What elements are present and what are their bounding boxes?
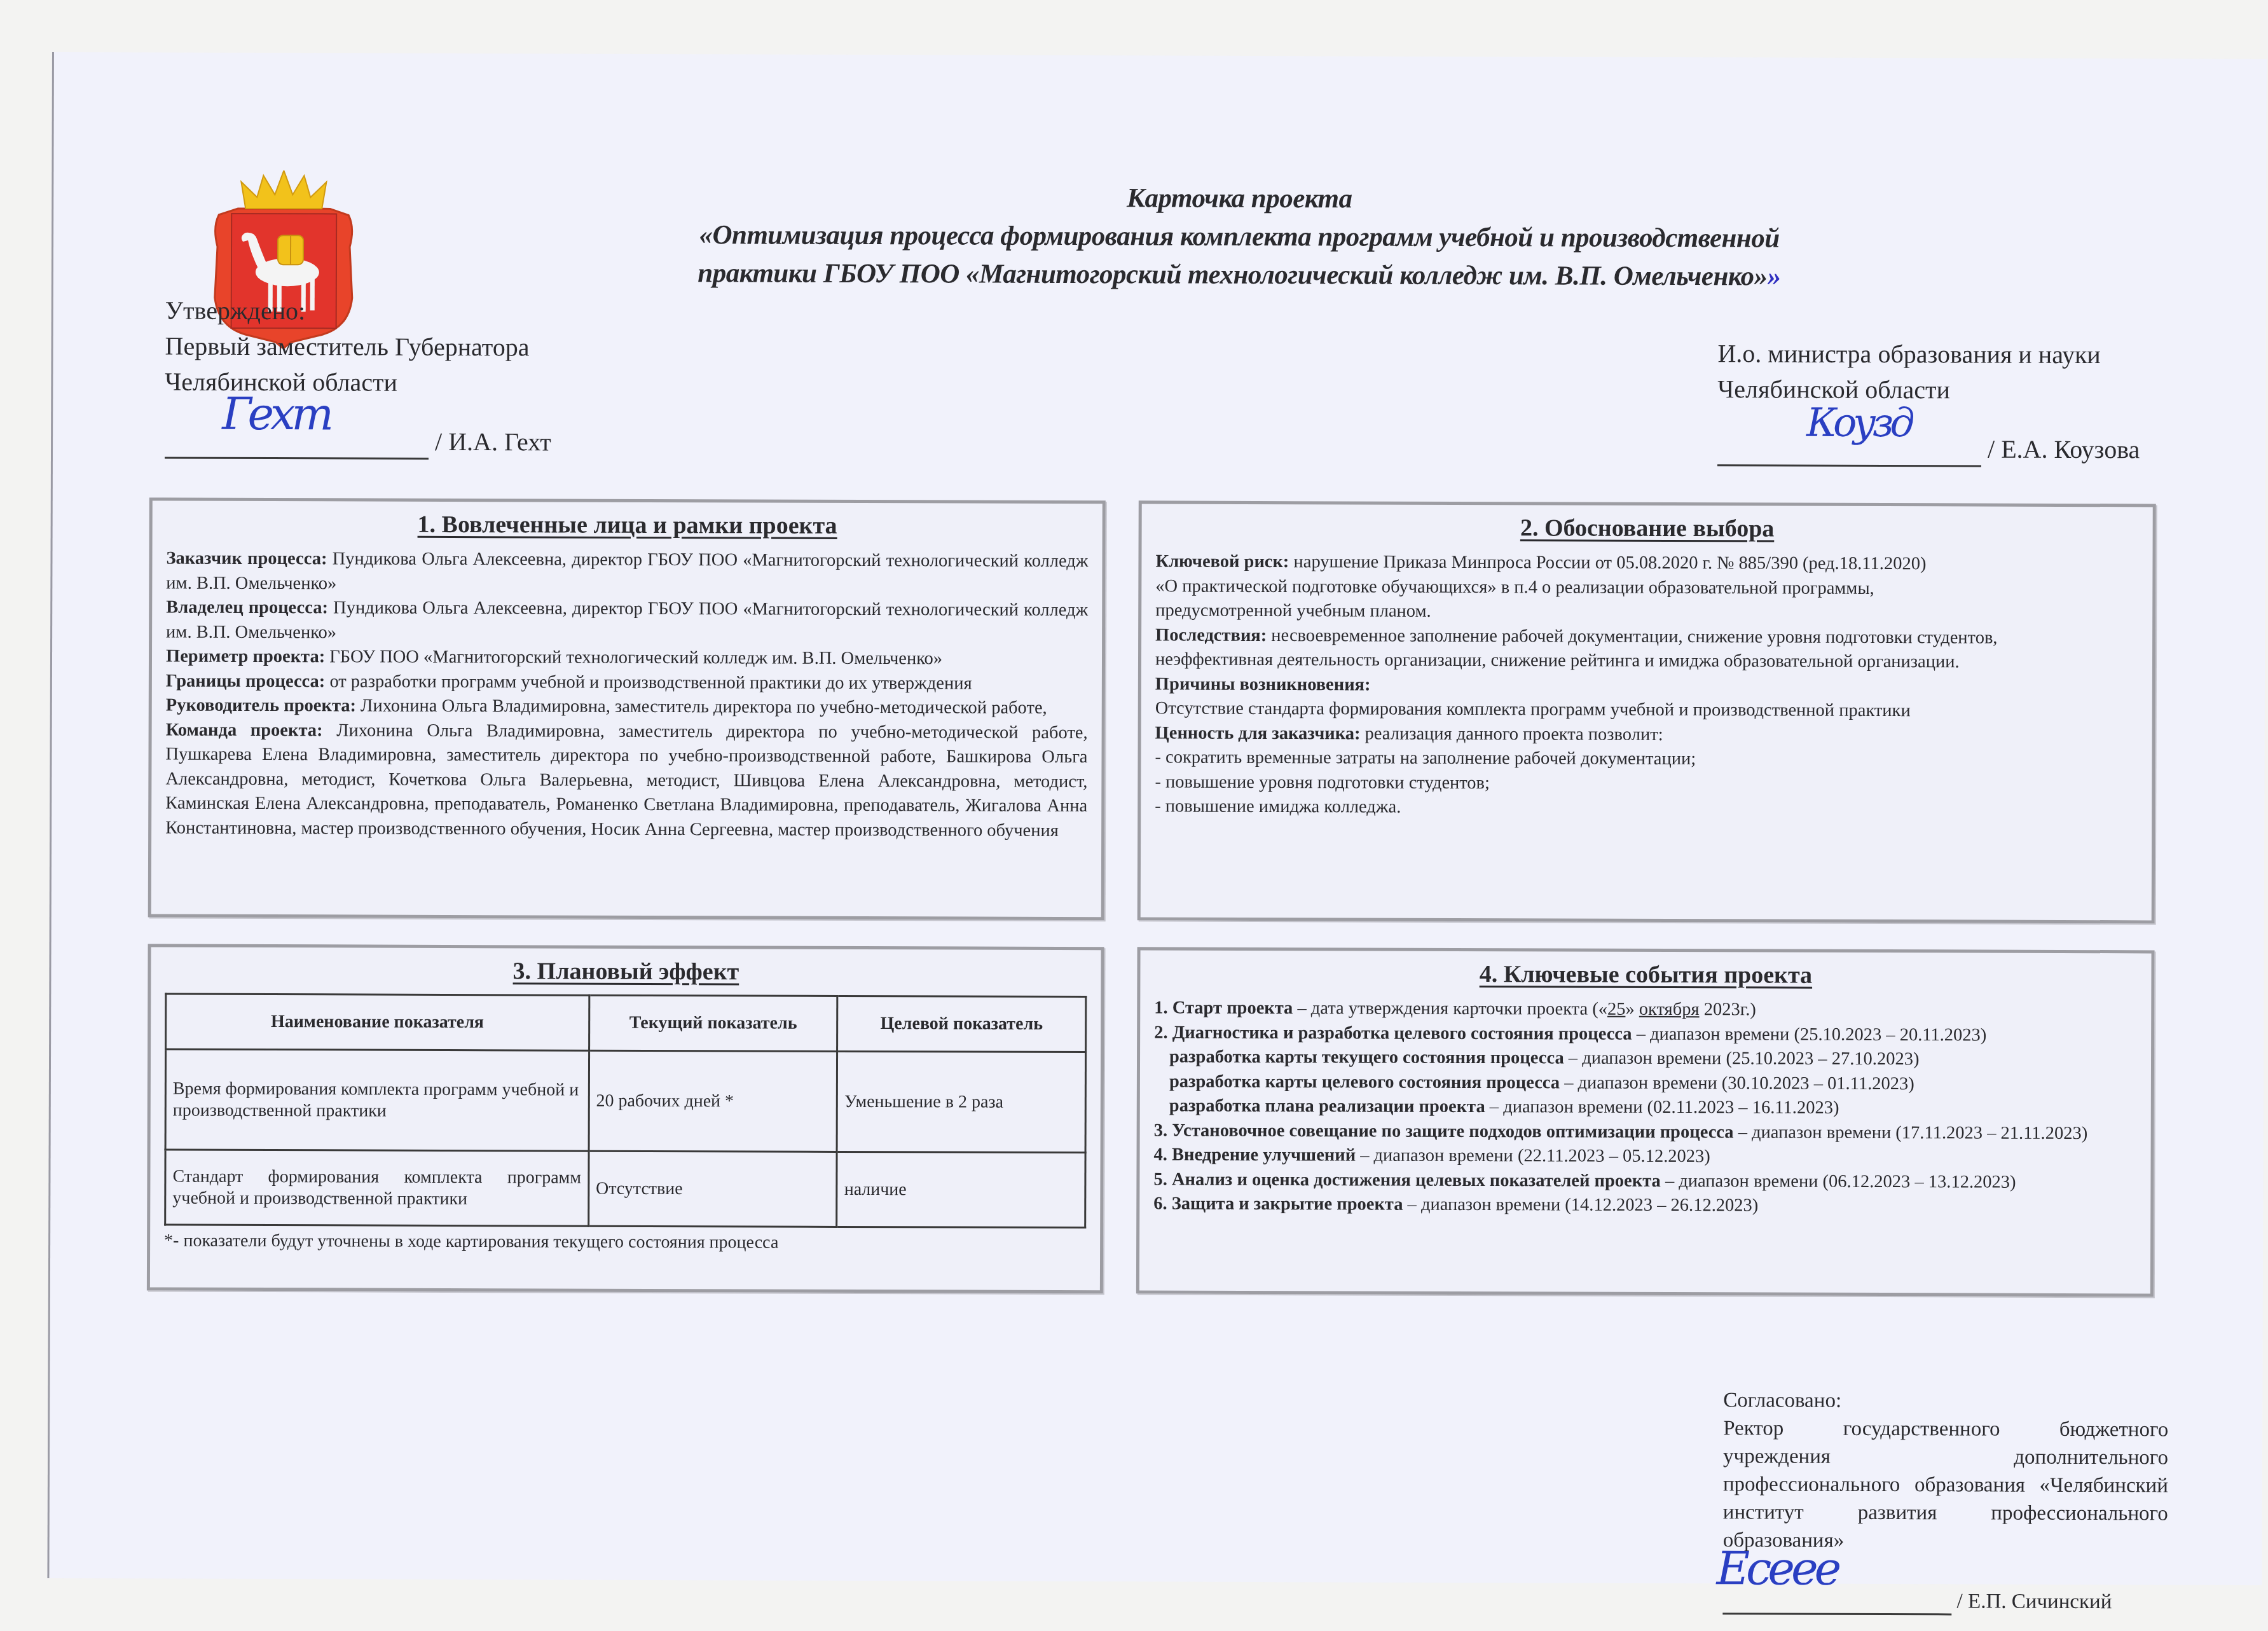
- section-title: 4. Ключевые события проекта: [1154, 959, 2137, 990]
- customer-value: Ценность для заказчика: реализация данно…: [1155, 721, 2138, 748]
- minister-position-line1: И.о. министра образования и науки: [1717, 336, 2226, 373]
- value-list-item: - сократить временные затраты на заполне…: [1155, 745, 2138, 773]
- minister-name: / Е.А. Коузова: [1988, 435, 2140, 464]
- approval-left-block: Утверждено: Первый заместитель Губернато…: [165, 293, 674, 461]
- signature-line: Есеее: [1722, 1581, 1951, 1615]
- project-name-line2: практики ГБОУ ПОО «Магнитогорский технол…: [613, 254, 1866, 296]
- approval-right-block: И.о. министра образования и науки Челяби…: [1717, 336, 2227, 468]
- handwritten-signature-gekht: Гехт: [222, 396, 330, 432]
- approver-name: / И.А. Гехт: [435, 427, 551, 457]
- value-list-item: - повышение имиджа колледжа.: [1155, 794, 2138, 822]
- causes-label: Причины возникновения:: [1155, 672, 2138, 699]
- sub-event-item: разработка карты текущего состояния проц…: [1154, 1045, 2137, 1072]
- section-key-events: 4. Ключевые события проекта 1. Старт про…: [1136, 947, 2155, 1297]
- column-header: Текущий показатель: [589, 995, 837, 1051]
- target-value: наличие: [837, 1152, 1085, 1227]
- table-footnote: *- показатели будут уточнены в ходе карт…: [164, 1230, 1086, 1256]
- approved-label: Утверждено:: [165, 293, 674, 331]
- event-start: 1. Старт проекта – дата утверждения карт…: [1154, 996, 2137, 1023]
- sub-event-item: разработка карты целевого состояния проц…: [1154, 1070, 2137, 1097]
- column-header: Целевой показатель: [837, 996, 1086, 1052]
- causes-text: Отсутствие стандарта формирования компле…: [1155, 696, 2138, 724]
- agreed-label: Согласовано:: [1723, 1386, 2168, 1415]
- table-row: Стандарт формирования комплекта программ…: [165, 1150, 1085, 1228]
- key-risk-line2: «О практической подготовке обучающихся» …: [1155, 574, 2138, 602]
- event-item: 2. Диагностика и разработка целевого сос…: [1154, 1021, 2137, 1048]
- title-card: Карточка проекта: [613, 178, 1866, 220]
- signature-line: Гехт: [165, 422, 429, 460]
- section-title: 3. Плановый эффект: [165, 956, 1087, 988]
- document-page: Карточка проекта «Оптимизация процесса ф…: [47, 52, 2267, 1585]
- minister-position-line2: Челябинской области: [1717, 371, 2226, 409]
- value-list-item: - повышение уровня подготовки студентов;: [1155, 770, 2138, 797]
- handwritten-signature-kouzova: Коузд: [1806, 405, 1911, 441]
- event-item: 6. Защита и закрытие проекта – диапазон …: [1153, 1192, 2136, 1219]
- current-value: Отсутствие: [588, 1151, 837, 1227]
- agreed-position: Ректор государственного бюджетного учреж…: [1723, 1414, 2169, 1555]
- consequences: Последствия: несвоевременное заполнение …: [1155, 623, 2138, 675]
- stakeholder-item: Команда проекта: Лихонина Ольга Владимир…: [165, 718, 1088, 843]
- sub-event-item: разработка плана реализации проекта – ди…: [1154, 1094, 2137, 1121]
- column-header: Наименование показателя: [166, 994, 589, 1050]
- section-stakeholders: 1. Вовлеченные лица и рамки проекта Зака…: [148, 497, 1106, 920]
- section-title: 2. Обоснование выбора: [1156, 513, 2139, 544]
- current-value: 20 рабочих дней *: [589, 1050, 837, 1152]
- table-header-row: Наименование показателя Текущий показате…: [166, 994, 1086, 1052]
- effect-table: Наименование показателя Текущий показате…: [164, 993, 1087, 1229]
- event-item: 5. Анализ и оценка достижения целевых по…: [1153, 1167, 2136, 1195]
- document-title: Карточка проекта «Оптимизация процесса ф…: [613, 178, 1866, 296]
- section-planned-effect: 3. Плановый эффект Наименование показате…: [147, 944, 1104, 1293]
- event-item: 3. Установочное совещание по защите подх…: [1154, 1118, 2137, 1146]
- event-item: 4. Внедрение улучшений – диапазон времен…: [1153, 1143, 2136, 1170]
- table-row: Время формирования комплекта программ уч…: [165, 1049, 1085, 1153]
- stakeholder-item: Границы процесса: от разработки программ…: [166, 669, 1088, 696]
- project-name-line1: «Оптимизация процесса формирования компл…: [613, 216, 1866, 258]
- target-value: Уменьшение в 2 раза: [837, 1051, 1085, 1152]
- signature-line: Коузд: [1717, 429, 1981, 467]
- stakeholder-item: Руководитель проекта: Лихонина Ольга Вла…: [166, 694, 1088, 721]
- key-risk: Ключевой риск: нарушение Приказа Минпрос…: [1155, 549, 2138, 577]
- approver-position-line1: Первый заместитель Губернатора: [165, 329, 673, 366]
- agreed-signatory-name: / Е.П. Сичинский: [1957, 1590, 2112, 1613]
- agreed-block: Согласовано: Ректор государственного бюд…: [1722, 1386, 2168, 1616]
- key-risk-line3: предусмотренной учебным планом.: [1155, 598, 2138, 626]
- section-justification: 2. Обоснование выбора Ключевой риск: нар…: [1137, 500, 2156, 923]
- indicator-name: Время формирования комплекта программ уч…: [165, 1049, 589, 1151]
- section-title: 1. Вовлеченные лица и рамки проекта: [167, 510, 1089, 541]
- stakeholder-item: Периметр проекта: ГБОУ ПОО «Магнитогорск…: [166, 645, 1088, 672]
- indicator-name: Стандарт формирования комплекта программ…: [165, 1150, 589, 1226]
- stakeholder-item: Заказчик процесса: Пундикова Ольга Алекс…: [166, 547, 1088, 599]
- stakeholder-item: Владелец процесса: Пундикова Ольга Алекс…: [166, 596, 1088, 648]
- handwritten-signature-sichinsky: Есеее: [1716, 1554, 1838, 1583]
